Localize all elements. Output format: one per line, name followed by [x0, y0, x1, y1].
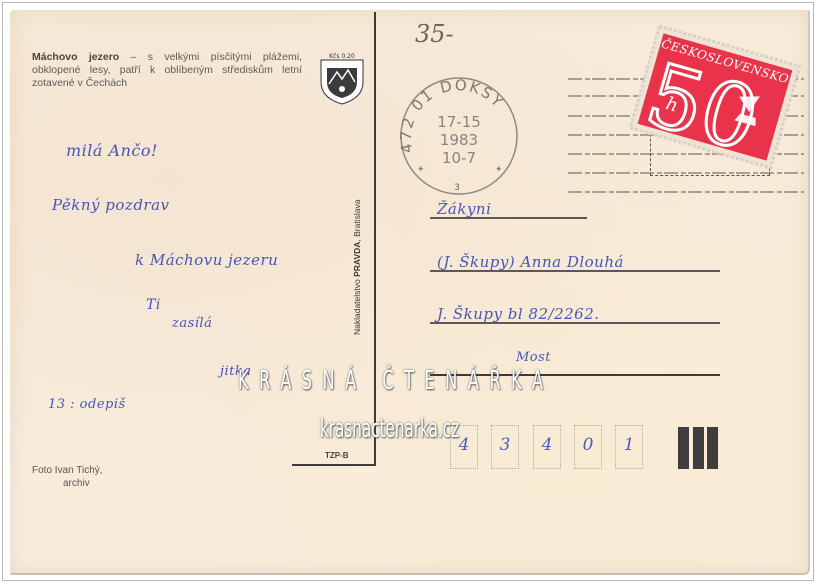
postmark-icon: 472 01 DOKSY 17-15 1983 10-7 ✦ ✦ 3	[395, 72, 523, 196]
card-divider-vertical	[374, 12, 376, 465]
svg-text:3: 3	[454, 183, 460, 193]
postcard-caption: Máchovo jezero – s velkými písčitými plá…	[32, 51, 302, 90]
publisher-line: Nakladatelstvo PRAVDA, Bratislava	[352, 200, 362, 335]
watermark-url: krasnactenarka.cz	[320, 414, 459, 444]
message-line: Ti	[146, 297, 161, 313]
message-greeting: milá Ančo!	[66, 141, 158, 160]
svg-text:✦: ✦	[495, 164, 503, 174]
message-postscript: 13 : odepiš	[48, 397, 126, 412]
address-rule	[430, 217, 587, 219]
print-code: TZP-B	[325, 451, 349, 460]
tourism-badge-icon: Kčs 0.20	[317, 52, 367, 106]
caption-title: Máchovo jezero	[32, 51, 119, 63]
address-rule	[430, 270, 720, 272]
address-line-4: Most	[516, 350, 551, 365]
svg-text:1983: 1983	[440, 131, 478, 149]
photo-credit: Foto Ivan Tichý, archiv	[32, 464, 103, 490]
address-line-3: J. Škupy bl 82/2262.	[437, 305, 600, 323]
svg-text:✦: ✦	[417, 164, 425, 174]
address-line-2: (J. Škupy) Anna Dlouhá	[437, 253, 624, 271]
svg-text:10-7: 10-7	[442, 149, 476, 167]
message-line: Pěkný pozdrav	[52, 196, 170, 214]
svg-text:17-15: 17-15	[437, 113, 481, 131]
message-line: zasílá	[172, 316, 212, 331]
svg-text:Kčs 0.20: Kčs 0.20	[329, 53, 355, 60]
price-note: 35-	[415, 20, 454, 48]
address-rule	[430, 322, 720, 324]
card-divider-horizontal	[292, 464, 376, 466]
message-line: k Máchovu jezeru	[135, 251, 278, 269]
address-line-1: Žákyni	[437, 200, 491, 218]
watermark-title: KRÁSNÁ ČTENÁŘKA	[238, 366, 554, 396]
